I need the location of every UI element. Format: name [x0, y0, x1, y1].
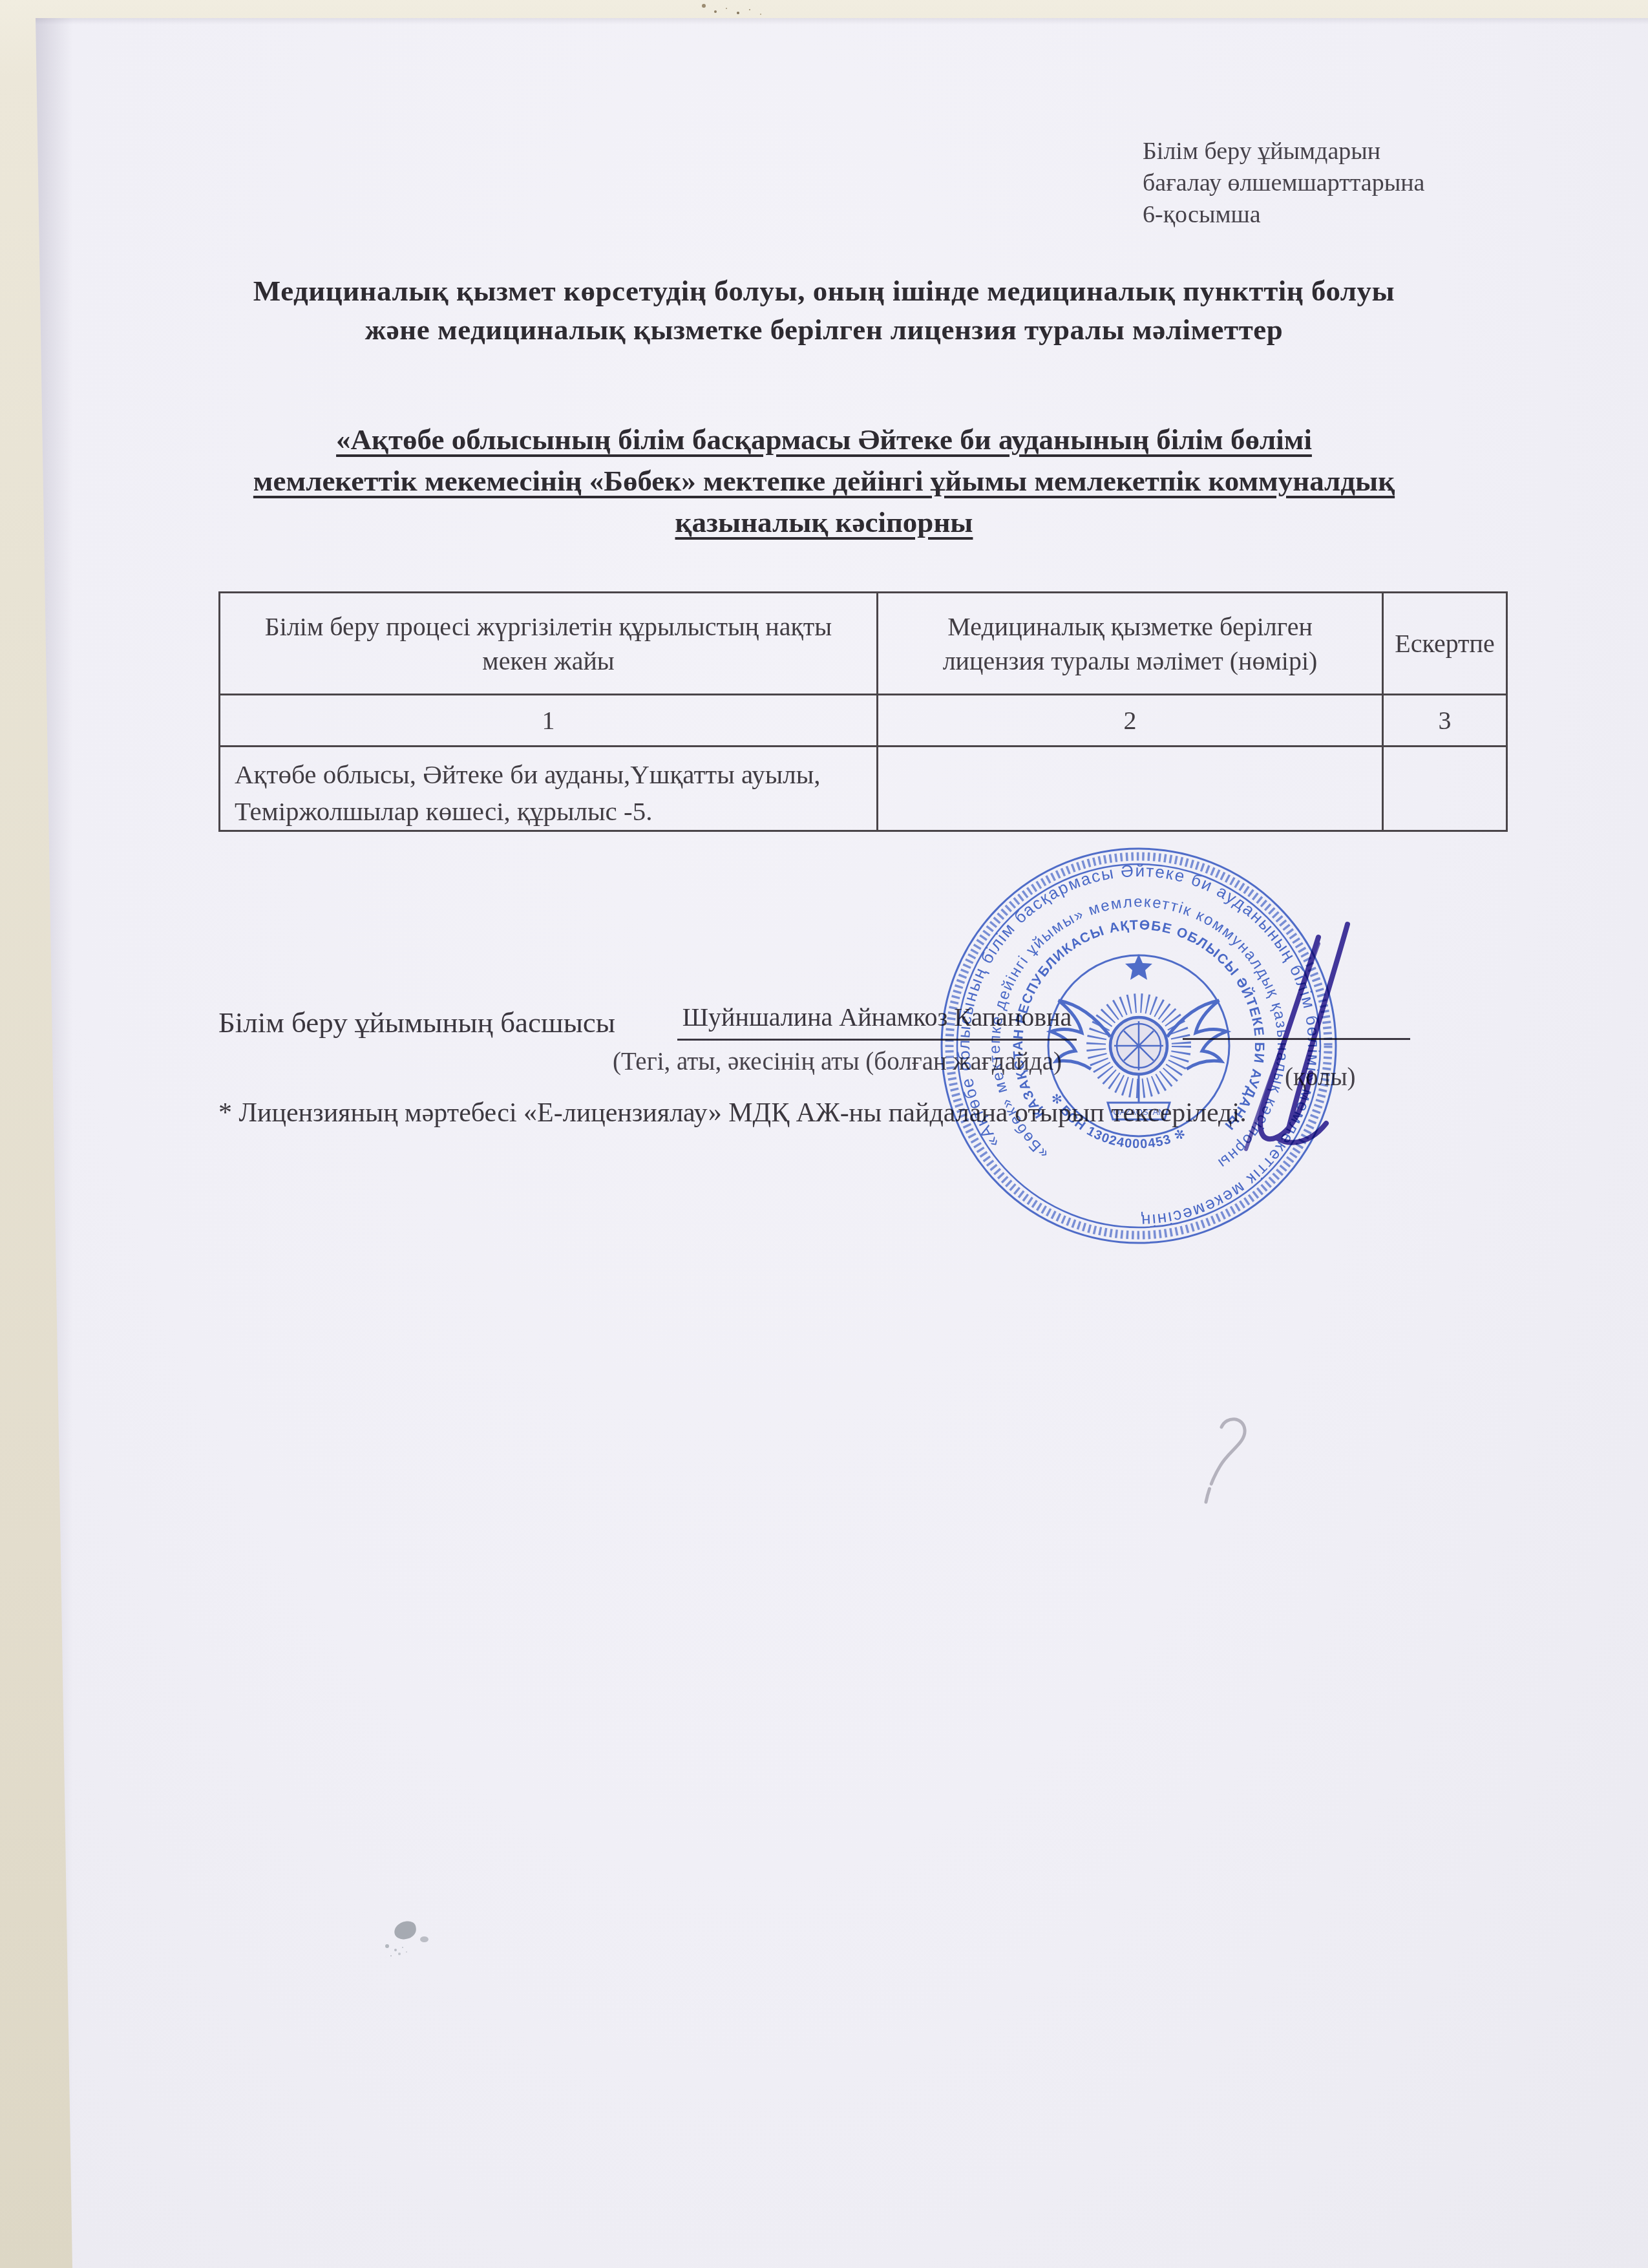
handwritten-signature	[1125, 892, 1383, 1170]
appendix-note: Білім беру ұйымдарын бағалау өлшемшартта…	[1143, 136, 1424, 231]
table-header-row: Білім беру процесі жүргізілетін құрылыст…	[220, 593, 1507, 695]
appendix-note-line: 6-қосымша	[1143, 199, 1424, 231]
appendix-note-line: Білім беру ұйымдарын	[1143, 136, 1424, 167]
cell-note	[1383, 747, 1507, 831]
license-table: Білім беру процесі жүргізілетін құрылыст…	[218, 591, 1508, 832]
head-of-organization-label: Білім беру ұйымының басшысы	[218, 1006, 615, 1039]
dust-specks	[702, 4, 706, 8]
license-table-wrap: Білім беру процесі жүргізілетін құрылыст…	[218, 591, 1508, 832]
document-title: Медициналық қызмет көрсетудің болуы, оны…	[110, 271, 1538, 349]
table-header-address: Білім беру процесі жүргізілетін құрылыст…	[220, 593, 878, 695]
table-header-note: Ескертпе	[1383, 593, 1507, 695]
cell-license	[878, 747, 1383, 831]
table-row: Ақтөбе облысы, Әйтеке би ауданы,Үшқатты …	[220, 747, 1507, 831]
organization-name-line: қазыналық кәсіпорны	[142, 502, 1506, 543]
ink-smudge	[420, 1936, 428, 1942]
table-header-license: Медициналық қызметке берілген лицензия т…	[878, 593, 1383, 695]
cell-address: Ақтөбе облысы, Әйтеке би ауданы,Үшқатты …	[220, 747, 878, 831]
organization-name: «Ақтөбе облысының білім басқармасы Әйтек…	[142, 419, 1506, 543]
table-number-row: 1 2 3	[220, 695, 1507, 747]
pencil-question-mark	[1188, 1408, 1272, 1518]
organization-name-line: мемлекеттік мекемесінің «Бөбек» мектепке…	[142, 460, 1506, 502]
column-number-2: 2	[878, 695, 1383, 747]
column-number-3: 3	[1383, 695, 1507, 747]
scanned-document: Білім беру ұйымдарын бағалау өлшемшартта…	[0, 0, 1648, 2268]
appendix-note-line: бағалау өлшемшарттарына	[1143, 167, 1424, 199]
column-number-1: 1	[220, 695, 878, 747]
organization-name-line: «Ақтөбе облысының білім басқармасы Әйтек…	[142, 419, 1506, 460]
ink-smudge-dots	[385, 1944, 389, 1948]
document-title-line: Медициналық қызмет көрсетудің болуы, оны…	[110, 271, 1538, 310]
document-title-line: және медициналық қызметке берілген лицен…	[110, 310, 1538, 349]
